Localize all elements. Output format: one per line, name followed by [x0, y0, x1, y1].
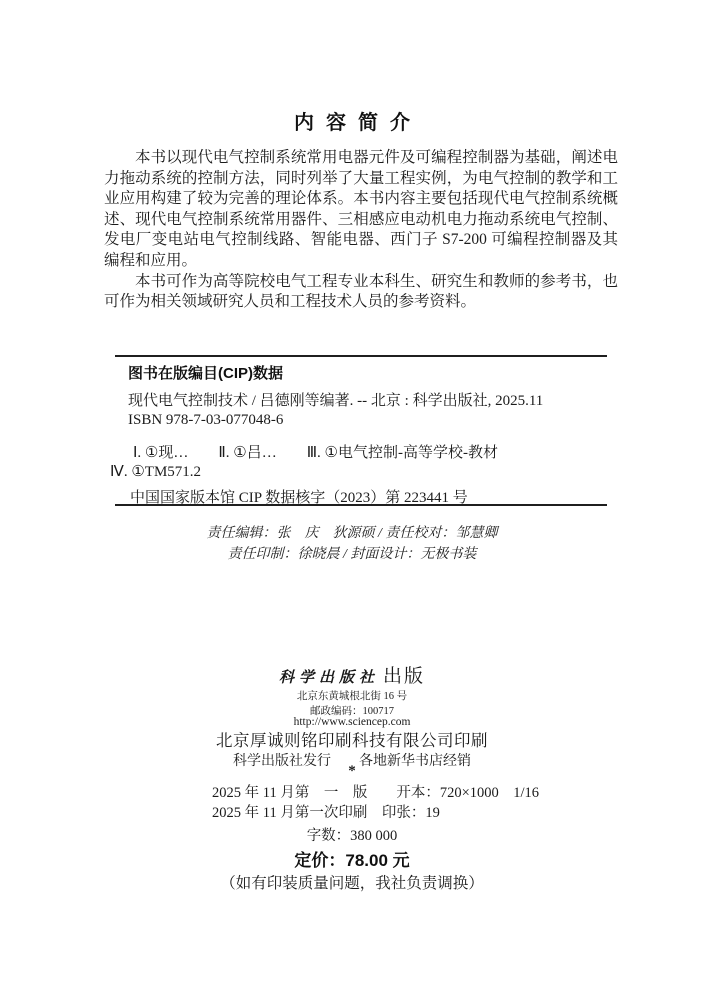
cip-rule-top [115, 355, 607, 357]
copyright-page: 内容简介 本书以现代电气控制系统常用电器元件及可编程控制器为基础，阐述电力拖动系… [0, 0, 720, 1000]
credits-editors: 责任编辑：张 庆 狄源硕 / 责任校对：邹慧卿 [0, 522, 704, 542]
cip-entry: 现代电气控制技术 / 吕德刚等编著. -- 北京 : 科学出版社, 2025.1… [128, 389, 543, 410]
impression-info: 2025 年 11 月第一次印刷 印张：19 [212, 801, 440, 822]
cip-classification-line1: Ⅰ. ①现… Ⅱ. ①吕… Ⅲ. ①电气控制-高等学校-教材 [133, 441, 498, 462]
intro-paragraph-1: 本书以现代电气控制系统常用电器元件及可编程控制器为基础，阐述电力拖动系统的控制方… [104, 148, 618, 272]
intro-paragraph-2: 本书可作为高等院校电气工程专业本科生、研究生和教师的参考书，也可作为相关领域研究… [104, 272, 618, 313]
cip-rule-bottom [115, 504, 607, 506]
cip-heading: 图书在版编目(CIP)数据 [128, 362, 283, 383]
credits-print-design: 责任印制：徐晓晨 / 封面设计：无极书装 [0, 543, 704, 563]
cip-classification-line2: Ⅳ. ①TM571.2 [110, 462, 201, 481]
publisher-address: 北京东黄城根北街 16 号 [0, 688, 704, 703]
intro-title: 内容简介 [0, 106, 704, 135]
printer-name: 北京厚诚则铭印刷科技有限公司印刷 [0, 727, 704, 751]
cip-isbn: ISBN 978-7-03-077048-6 [128, 412, 283, 429]
edition-info: 2025 年 11 月第 一 版 开本：720×1000 1/16 [212, 781, 539, 802]
word-count: 字数：380 000 [0, 824, 704, 845]
intro-body: 本书以现代电气控制系统常用电器元件及可编程控制器为基础，阐述电力拖动系统的控制方… [104, 148, 618, 313]
publisher-logo-text: 科学出版社 [279, 670, 379, 686]
publisher-logo-suffix: 出版 [383, 666, 425, 687]
exchange-note: （如有印装质量问题，我社负责调换） [0, 871, 704, 893]
separator-asterisk: * [0, 763, 704, 780]
publisher-logo-line: 科学出版社 出版 [0, 661, 704, 688]
price: 定价：78.00 元 [0, 846, 704, 871]
